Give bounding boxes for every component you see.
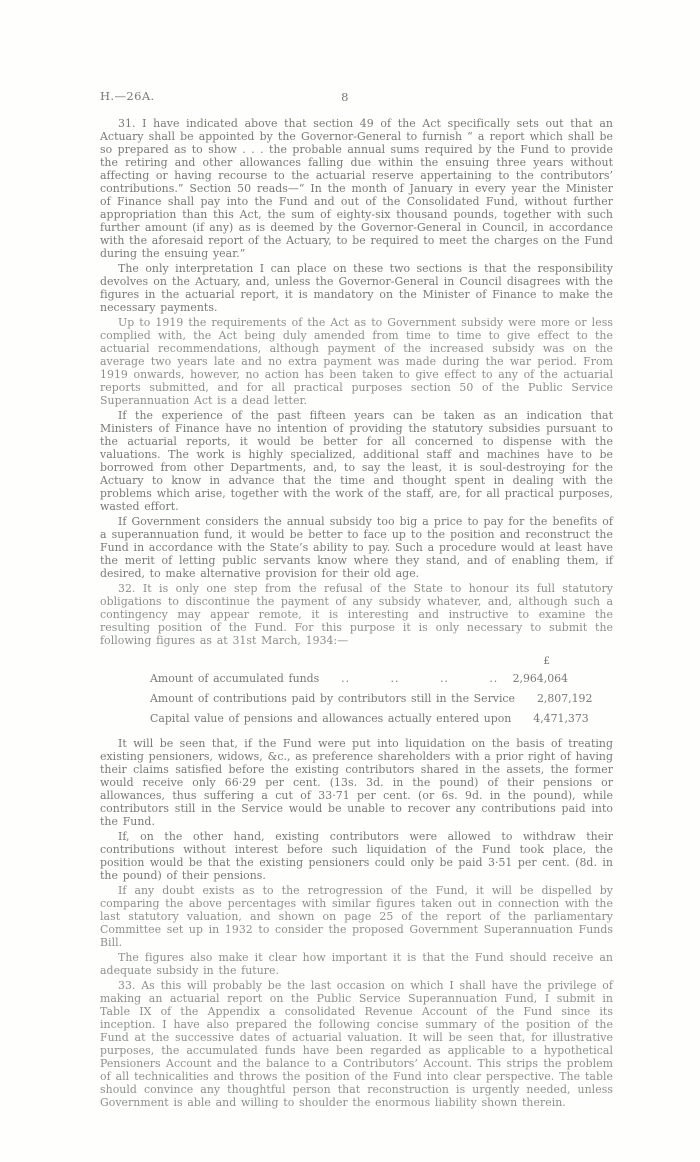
table-row: Amount of contributions paid by contribu… xyxy=(150,689,568,709)
paragraph-past-fifteen-years: If the experience of the past fifteen ye… xyxy=(100,409,613,513)
paragraph-31: 31. I have indicated above that section … xyxy=(100,117,613,260)
paragraph-interpretation: The only interpretation I can place on t… xyxy=(100,262,613,314)
paragraph-32: 32. It is only one step from the refusal… xyxy=(100,582,613,647)
row-label: Amount of contributions paid by contribu… xyxy=(150,689,515,709)
row-label: Amount of accumulated funds xyxy=(150,669,319,689)
paragraph-adequate-subsidy: The figures also make it clear how impor… xyxy=(100,951,613,977)
table-row: Capital value of pensions and allowances… xyxy=(150,709,568,729)
figures-table: £ Amount of accumulated funds .. .. .. .… xyxy=(100,654,613,729)
table-row: Amount of accumulated funds .. .. .. .. … xyxy=(150,669,568,689)
row-value: 2,964,064 xyxy=(504,669,568,689)
currency-header: £ xyxy=(150,654,568,669)
paragraph-up-to-1919: Up to 1919 the requirements of the Act a… xyxy=(100,316,613,407)
row-label: Capital value of pensions and allowances… xyxy=(150,709,511,729)
paragraph-withdraw-contributions: If, on the other hand, existing contribu… xyxy=(100,830,613,882)
page-number: 8 xyxy=(100,90,590,104)
body-text-column: 31. I have indicated above that section … xyxy=(100,117,613,1111)
paragraph-government-considers: If Government considers the annual subsi… xyxy=(100,515,613,580)
row-value: 2,807,192 xyxy=(537,689,592,709)
paragraph-retrogression: If any doubt exists as to the retrogress… xyxy=(100,884,613,949)
row-value: 4,471,373 xyxy=(533,709,588,729)
dot-leaders: .. .. .. .. xyxy=(319,669,504,689)
paragraph-33: 33. As this will probably be the last oc… xyxy=(100,979,613,1109)
document-page: H.—26A. 8 31. I have indicated above tha… xyxy=(0,0,700,1162)
running-header: H.—26A. 8 xyxy=(100,89,613,105)
paragraph-liquidation: It will be seen that, if the Fund were p… xyxy=(100,737,613,828)
